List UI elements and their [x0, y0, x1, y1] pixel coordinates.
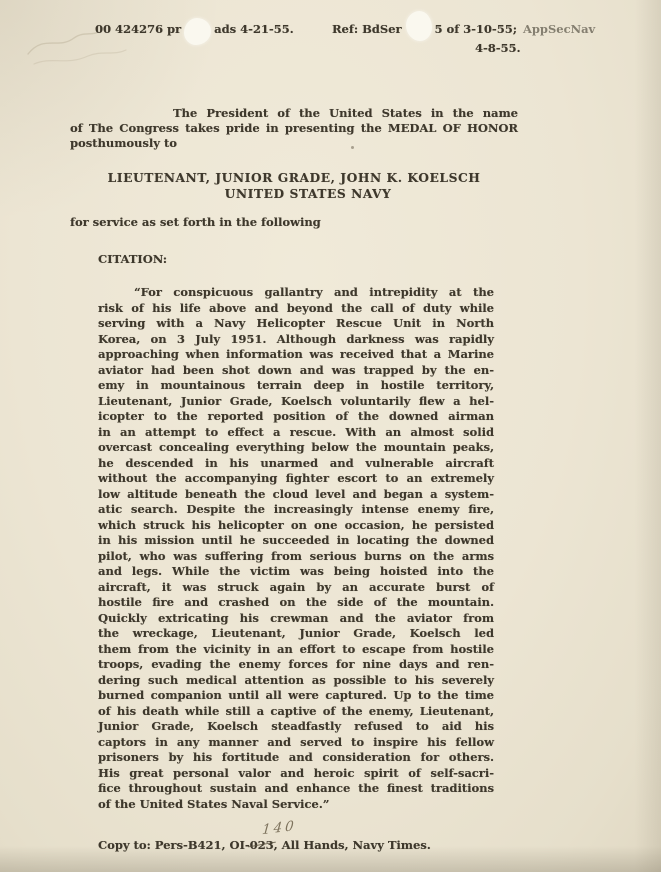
- text-line: troops, evading the enemy forces for nin…: [98, 657, 494, 673]
- text-line: approaching when information was receive…: [98, 347, 494, 363]
- header-stamp-date: ads 4-21-55.: [214, 22, 294, 36]
- text-line: prisoners by his fortitude and considera…: [98, 750, 494, 766]
- text-line: icopter to the reported position of the …: [98, 409, 494, 425]
- recipient-block: LIEUTENANT, JUNIOR GRADE, JOHN K. KOELSC…: [70, 170, 518, 202]
- text-line: he descended in his unarmed and vulnerab…: [98, 456, 494, 472]
- text-line: Junior Grade, Koelsch steadfastly refuse…: [98, 719, 494, 735]
- text-line: which struck his helicopter on one occas…: [98, 518, 494, 534]
- header-reference: Ref: BdSer5 of 3-10-55;AppSecNav: [332, 22, 595, 37]
- service-intro-line: for service as set forth in the followin…: [70, 215, 321, 229]
- copy-to-suffix: , All Hands, Navy Times.: [274, 838, 431, 852]
- text-line: captors in any manner and served to insp…: [98, 735, 494, 751]
- text-line: in an attempt to effect a rescue. With a…: [98, 425, 494, 441]
- text-line: emy in mountainous terrain deep in hosti…: [98, 378, 494, 394]
- text-line: posthumously to: [70, 136, 518, 151]
- text-line: His great personal valor and heroic spir…: [98, 766, 494, 782]
- text-line: pilot, who was suffering from serious bu…: [98, 549, 494, 565]
- text-line: of the United States Naval Service.”: [98, 797, 494, 813]
- struck-code: 023: [250, 838, 274, 852]
- document-page: 00 424276 prads 4-21-55. Ref: BdSer5 of …: [0, 0, 661, 872]
- text-line: Lieutenant, Junior Grade, Koelsch volunt…: [98, 394, 494, 410]
- text-line: low altitude beneath the cloud level and…: [98, 487, 494, 503]
- header-stamp-left: 00 424276 prads 4-21-55.: [95, 22, 294, 37]
- presentation-paragraph: The President of the United States in th…: [70, 106, 518, 152]
- text-line: aircraft, it was struck again by an accu…: [98, 580, 494, 596]
- citation-heading: CITATION:: [98, 252, 167, 266]
- header-ref-agency: AppSecNav: [523, 22, 595, 36]
- text-line: and legs. While the victim was being hoi…: [98, 564, 494, 580]
- header-ref-serial: 5 of 3-10-55;: [435, 22, 517, 36]
- text-line: in his mission until he succeeded in loc…: [98, 533, 494, 549]
- text-line: “For conspicuous gallantry and intrepidi…: [98, 285, 494, 301]
- recipient-name: LIEUTENANT, JUNIOR GRADE, JOHN K. KOELSC…: [70, 170, 518, 186]
- text-line: atic search. Despite the increasingly in…: [98, 502, 494, 518]
- whiteout-blob: [184, 18, 211, 45]
- handwritten-annotation: 140: [261, 818, 297, 839]
- text-line: burned companion until all were captured…: [98, 688, 494, 704]
- text-line: The President of the United States in th…: [70, 106, 518, 121]
- text-line: without the accompanying fighter escort …: [98, 471, 494, 487]
- text-line: aviator had been shot down and was trapp…: [98, 363, 494, 379]
- header-reference-date: 4-8-55.: [475, 41, 521, 56]
- text-line: of The Congress takes pride in presentin…: [70, 121, 518, 136]
- text-line: of his death while still a captive of th…: [98, 704, 494, 720]
- text-line: them from the vicinity in an effort to e…: [98, 642, 494, 658]
- text-line: the wreckage, Lieutenant, Junior Grade, …: [98, 626, 494, 642]
- stray-ink-mark: [351, 146, 354, 149]
- header-ref-label: Ref: BdSer: [332, 22, 402, 36]
- whiteout-blob: [406, 11, 432, 41]
- recipient-service: UNITED STATES NAVY: [84, 186, 532, 202]
- text-line: fice throughout sustain and enhance the …: [98, 781, 494, 797]
- text-line: Quickly extricating his crewman and the …: [98, 611, 494, 627]
- copy-to-prefix: Copy to: Pers-B421, OI-: [98, 838, 250, 852]
- copy-to-line: Copy to: Pers-B421, OI-023, All Hands, N…: [98, 838, 431, 852]
- text-line: overcast concealing everything below the…: [98, 440, 494, 456]
- text-line: serving with a Navy Helicopter Rescue Un…: [98, 316, 494, 332]
- text-line: risk of his life above and beyond the ca…: [98, 301, 494, 317]
- text-line: dering such medical attention as possibl…: [98, 673, 494, 689]
- text-line: hostile fire and crashed on the side of …: [98, 595, 494, 611]
- text-line: Korea, on 3 July 1951. Although darkness…: [98, 332, 494, 348]
- citation-body: “For conspicuous gallantry and intrepidi…: [98, 285, 494, 812]
- header-stamp-number: 00 424276 pr: [95, 22, 181, 36]
